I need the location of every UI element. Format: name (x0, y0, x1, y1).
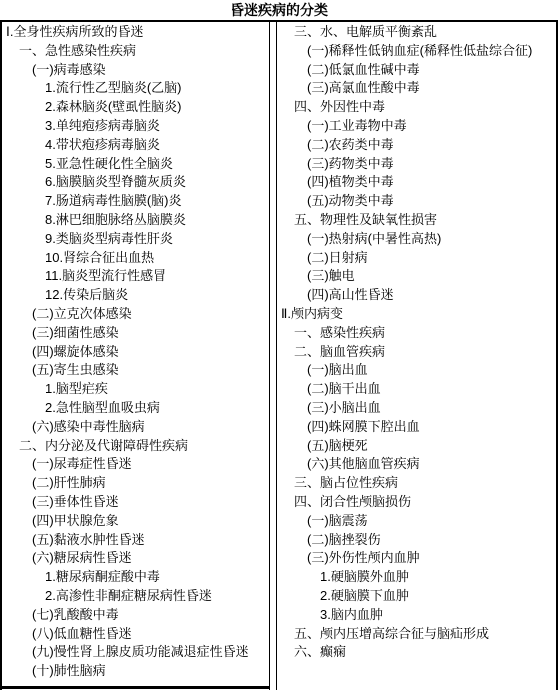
list-item: (一)尿毒症性昏迷 (6, 455, 268, 474)
list-item: Ⅰ.全身性疾病所致的昏迷 (6, 23, 268, 42)
list-item: 1.流行性乙型脑炎(乙脑) (6, 79, 268, 98)
list-item: (九)慢性肾上腺皮质功能减退症性昏迷 (6, 643, 268, 662)
list-item: 5.亚急性硬化性全脑炎 (6, 155, 268, 174)
list-item: (四)甲状腺危象 (6, 512, 268, 531)
list-item: (一)病毒感染 (6, 61, 268, 80)
list-item: 三、脑占位性疾病 (281, 474, 555, 493)
list-item: Ⅱ.颅内病变 (281, 305, 555, 324)
list-item: 四、闭合性颅脑损伤 (281, 493, 555, 512)
list-item: (二)立克次体感染 (6, 305, 268, 324)
list-item: (一)脑出血 (281, 361, 555, 380)
list-item: (五)寄生虫感染 (6, 361, 268, 380)
list-item: (四)螺旋体感染 (6, 343, 268, 362)
list-item: 1.硬脑膜外血肿 (281, 568, 555, 587)
list-item: (一)脑震荡 (281, 512, 555, 531)
list-item: (三)药物类中毒 (281, 155, 555, 174)
list-item: 二、内分泌及代谢障碍性疾病 (6, 437, 268, 456)
list-item: (二)日射病 (281, 249, 555, 268)
list-item: 3.脑内血肿 (281, 606, 555, 625)
column-divider (269, 22, 277, 690)
list-item: 2.硬脑膜下血肿 (281, 587, 555, 606)
list-item: 一、感染性疾病 (281, 324, 555, 343)
list-item: 四、外因性中毒 (281, 98, 555, 117)
list-item: (五)脑梗死 (281, 437, 555, 456)
list-item: (六)其他脑血管疾病 (281, 455, 555, 474)
list-item: 1.脑型疟疾 (6, 380, 268, 399)
list-item: (四)植物类中毒 (281, 173, 555, 192)
list-item: 9.类脑炎型病毒性肝炎 (6, 230, 268, 249)
list-item: 6.脑膜脑炎型脊髓灰质炎 (6, 173, 268, 192)
list-item: (二)肝性肺病 (6, 474, 268, 493)
list-item: 12.传染后脑炎 (6, 286, 268, 305)
list-item: (八)低血糖性昏迷 (6, 625, 268, 644)
list-item: 4.带状疱疹病毒脑炎 (6, 136, 268, 155)
list-item: (二)低氯血性碱中毒 (281, 61, 555, 80)
list-item: (五)黏液水肿性昏迷 (6, 531, 268, 550)
list-item: (十)肺性脑病 (6, 662, 268, 681)
list-item: 二、脑血管疾病 (281, 343, 555, 362)
list-item: 1.糖尿病酮症酸中毒 (6, 568, 268, 587)
list-item: (二)脑挫裂伤 (281, 531, 555, 550)
list-item: (三)触电 (281, 267, 555, 286)
list-item: (三)细菌性感染 (6, 324, 268, 343)
left-column: Ⅰ.全身性疾病所致的昏迷一、急性感染性疾病(一)病毒感染1.流行性乙型脑炎(乙脑… (6, 23, 268, 681)
list-item: 11.脑炎型流行性感冒 (6, 267, 268, 286)
left-cell-bottom-border (0, 686, 270, 689)
list-item: (三)垂体性昏迷 (6, 493, 268, 512)
list-item: 六、癫痫 (281, 643, 555, 662)
list-item: 五、颅内压增高综合征与脑疝形成 (281, 625, 555, 644)
page-title: 昏迷疾病的分类 (0, 1, 558, 19)
list-item: 五、物理性及缺氧性损害 (281, 211, 555, 230)
list-item: 7.肠道病毒性脑膜(脑)炎 (6, 192, 268, 211)
list-item: 10.肾综合征出血热 (6, 249, 268, 268)
list-item: (二)农药类中毒 (281, 136, 555, 155)
list-item: 2.高渗性非酮症糖尿病性昏迷 (6, 587, 268, 606)
list-item: (四)高山性昏迷 (281, 286, 555, 305)
list-item: (三)高氯血性酸中毒 (281, 79, 555, 98)
list-item: (七)乳酸酸中毒 (6, 606, 268, 625)
list-item: (一)热射病(中暑性高热) (281, 230, 555, 249)
list-item: (三)小脑出血 (281, 399, 555, 418)
list-item: (六)糖尿病性昏迷 (6, 549, 268, 568)
right-column: 三、水、电解质平衡紊乱(一)稀释性低钠血症(稀释性低盐综合征)(二)低氯血性碱中… (281, 23, 555, 662)
list-item: 三、水、电解质平衡紊乱 (281, 23, 555, 42)
list-item: (一)稀释性低钠血症(稀释性低盐综合征) (281, 42, 555, 61)
list-item: (一)工业毒物中毒 (281, 117, 555, 136)
list-item: (六)感染中毒性脑病 (6, 418, 268, 437)
list-item: 2.急性脑型血吸虫病 (6, 399, 268, 418)
document-page: 昏迷疾病的分类 Ⅰ.全身性疾病所致的昏迷一、急性感染性疾病(一)病毒感染1.流行… (0, 0, 558, 690)
list-item: 8.淋巴细胞脉络丛脑膜炎 (6, 211, 268, 230)
list-item: 3.单纯疱疹病毒脑炎 (6, 117, 268, 136)
list-item: (五)动物类中毒 (281, 192, 555, 211)
list-item: 一、急性感染性疾病 (6, 42, 268, 61)
list-item: (三)外伤性颅内血肿 (281, 549, 555, 568)
list-item: (二)脑干出血 (281, 380, 555, 399)
list-item: 2.森林脑炎(壁虱性脑炎) (6, 98, 268, 117)
list-item: (四)蛛网膜下腔出血 (281, 418, 555, 437)
